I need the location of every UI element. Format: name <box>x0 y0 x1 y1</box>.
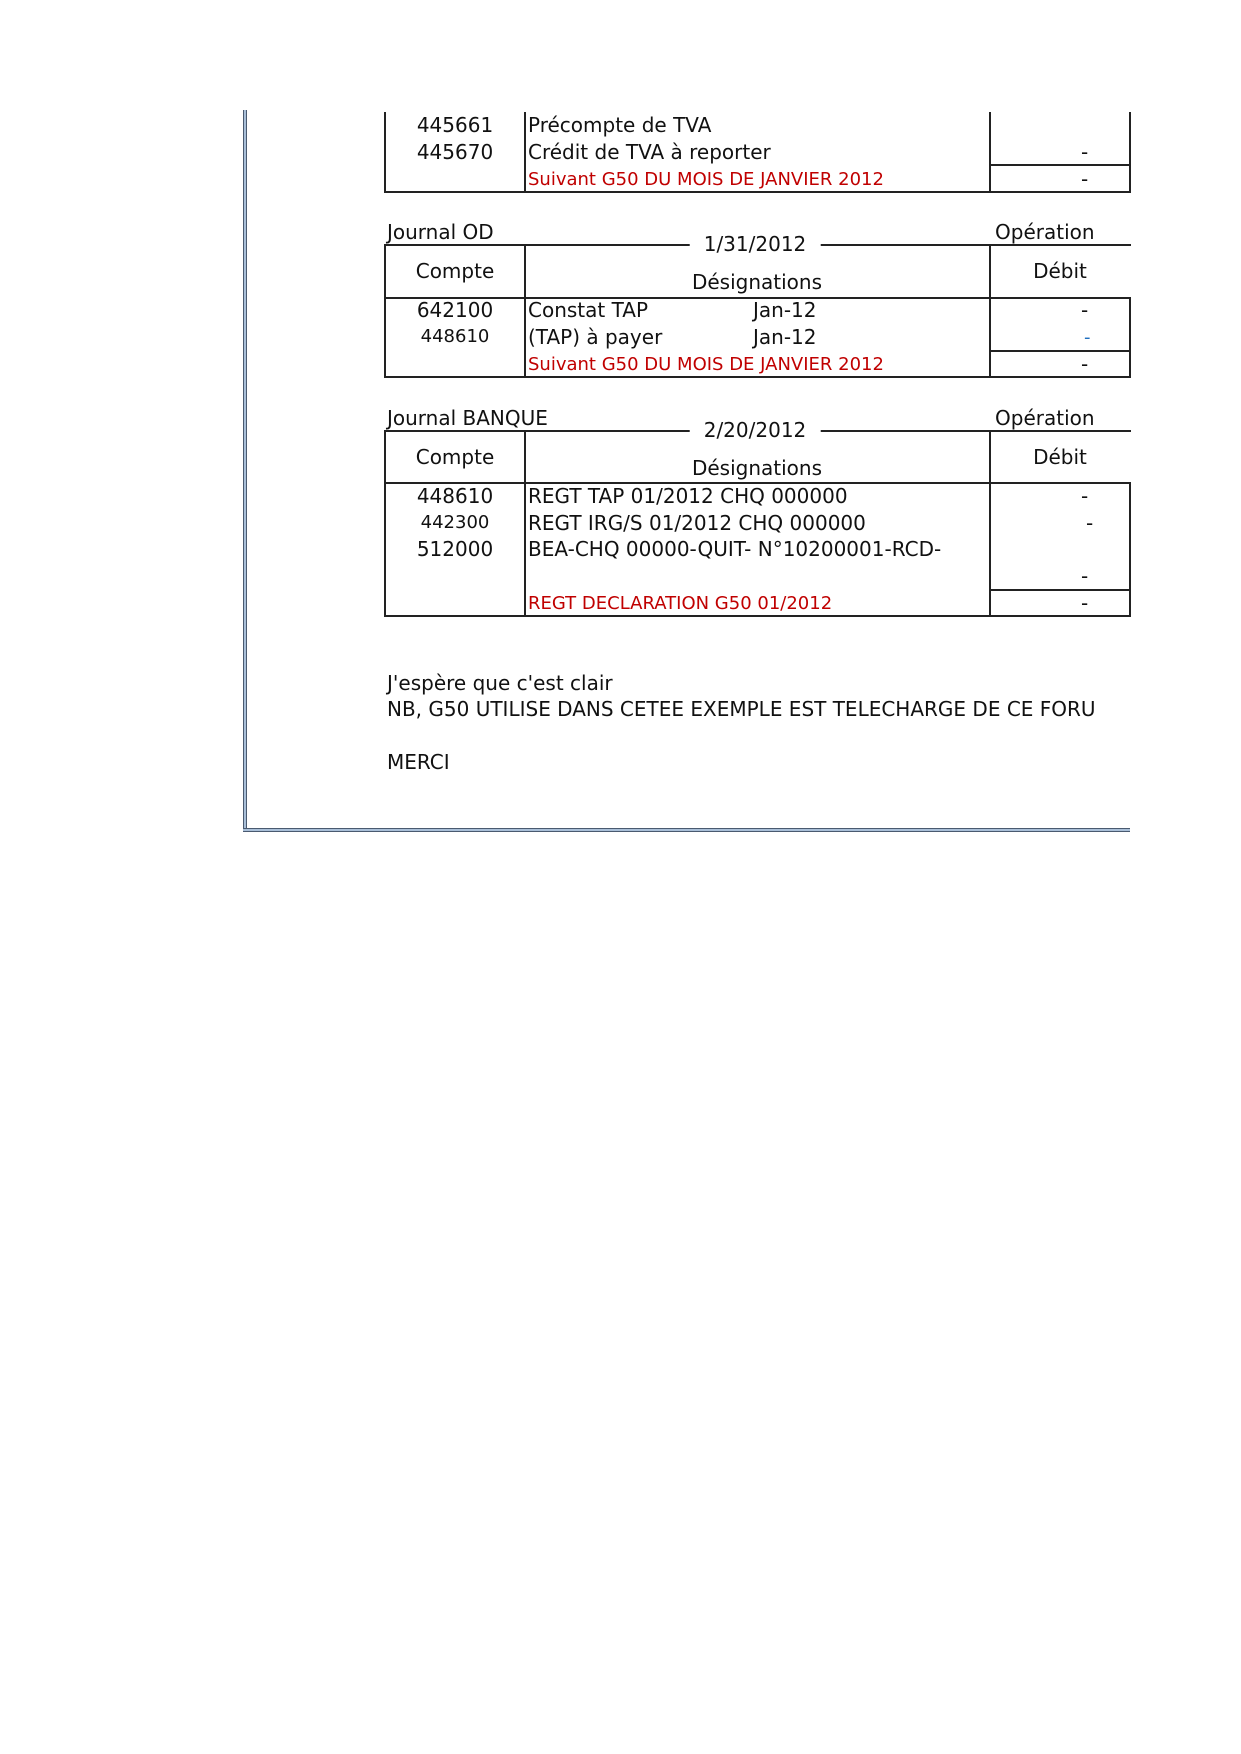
operation-label: Opération <box>995 220 1095 244</box>
footer-reference: REGT DECLARATION G50 01/2012 <box>528 592 832 616</box>
debit-value: - <box>1081 484 1088 508</box>
column-divider-compte <box>524 244 526 378</box>
designation: REGT IRG/S 01/2012 CHQ 000000 <box>528 511 866 535</box>
footer-reference: Suivant G50 DU MOIS DE JANVIER 2012 <box>528 353 884 377</box>
table-border-left <box>384 244 386 378</box>
debit-value: - <box>1081 298 1088 322</box>
account-number: 442300 <box>421 511 490 535</box>
account-number: 445670 <box>417 140 493 164</box>
designation: BEA-CHQ 00000-QUIT- N°10200001-RCD- <box>528 537 941 561</box>
journal-date: 2/20/2012 <box>690 418 821 442</box>
designation: Constat TAP <box>528 298 648 322</box>
journal-title: Journal BANQUE <box>387 406 548 430</box>
subtotal-line <box>990 589 1130 591</box>
table-border-left <box>384 430 386 617</box>
column-header-compte: Compte <box>416 445 495 469</box>
period: Jan-12 <box>753 325 817 349</box>
debit-value: - <box>1081 140 1088 164</box>
column-divider-compte <box>524 112 526 193</box>
footer-reference: Suivant G50 DU MOIS DE JANVIER 2012 <box>528 168 884 192</box>
column-header-compte: Compte <box>416 259 495 283</box>
debit-value: - <box>1081 564 1088 588</box>
journal-date: 1/31/2012 <box>690 232 821 256</box>
subtotal-line <box>990 350 1130 352</box>
account-number: 448610 <box>421 325 490 349</box>
note-line: MERCI <box>387 750 450 774</box>
column-header-debit: Débit <box>1033 445 1087 469</box>
footer-debit-total: - <box>1081 591 1088 615</box>
note-line: NB, G50 UTILISE DANS CETEE EXEMPLE EST T… <box>387 697 1130 721</box>
note-line: J'espère que c'est clair <box>387 671 613 695</box>
designation: Précompte de TVA <box>528 113 711 137</box>
designation: (TAP) à payer <box>528 325 662 349</box>
designation: Crédit de TVA à reporter <box>528 140 771 164</box>
account-number: 448610 <box>417 484 493 508</box>
footer-debit-total: - <box>1081 167 1088 191</box>
designation: REGT TAP 01/2012 CHQ 000000 <box>528 484 848 508</box>
account-number: 445661 <box>417 113 493 137</box>
account-number: 642100 <box>417 298 493 322</box>
operation-label: Opération <box>995 406 1095 430</box>
footer-debit-total: - <box>1081 352 1088 376</box>
column-header-designations: Désignations <box>692 456 822 480</box>
period: Jan-12 <box>753 298 817 322</box>
journal-title: Journal OD <box>387 220 494 244</box>
column-header-designations: Désignations <box>692 270 822 294</box>
debit-value: - <box>1086 511 1093 535</box>
table-border-right <box>1129 482 1131 617</box>
column-header-debit: Débit <box>1033 259 1087 283</box>
account-number: 512000 <box>417 537 493 561</box>
page-frame-bottom-border <box>243 828 1130 832</box>
subtotal-line <box>990 164 1130 166</box>
column-divider-debit <box>989 244 991 378</box>
column-divider-compte <box>524 430 526 617</box>
table-border-right <box>1129 112 1131 193</box>
table-border-left <box>384 112 386 193</box>
table-border-right <box>1129 297 1131 378</box>
debit-value: - <box>1084 326 1091 350</box>
column-divider-debit <box>989 112 991 193</box>
page-frame-left-border <box>243 110 247 832</box>
